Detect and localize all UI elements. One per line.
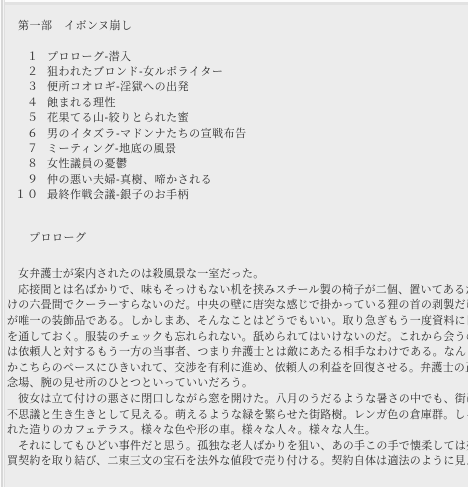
toc-chapter-title: ミーティング-地底の風景 [47, 143, 177, 155]
toc-row: ６男のイタズラ-マドンナたちの宣戦布告 [7, 127, 468, 142]
toc-chapter-title: 男のイタズラ-マドンナたちの宣戦布告 [47, 128, 247, 140]
body-line: かこちらのペースにひきいれて、交渉を有利に進め、依頼人の利益を回復させる。弁護士… [7, 361, 468, 377]
toc-row: ７ミーティング-地底の風景 [7, 142, 468, 157]
toc-chapter-number: ２ [7, 65, 39, 80]
toc-chapter-title: 花果てる山-絞りとられた蜜 [47, 112, 189, 124]
toc-row: ５花果てる山-絞りとられた蜜 [7, 111, 468, 126]
toc-chapter-title: プロローグ-潜入 [47, 51, 132, 63]
toc-chapter-title: 蝕まれる理性 [47, 97, 116, 109]
toc-chapter-number: １ [7, 50, 39, 65]
body-line: は依頼人と対するもう一方の当事者、つまり弁護士とは敵にあたる相手なわけである。な… [7, 345, 468, 361]
toc-row: ４蝕まれる理性 [7, 96, 468, 111]
body-line: それにしてもひどい事件だと思う。孤独な老人ばかりを狙い、あの手この手で懐柔しては… [7, 439, 468, 455]
body-line: 彼女は立て付けの悪さに閉口しながら窓を開けた。八月のうだるような暑さの中でも、街… [7, 392, 468, 408]
toc-chapter-number: ８ [7, 157, 39, 172]
toc-row: ３便所コオロギ-淫獄への出発 [7, 80, 468, 95]
table-of-contents: １プロローグ-潜入２狙われたブロンド-女ルポライター３便所コオロギ-淫獄への出発… [7, 50, 468, 204]
toc-chapter-number: ３ [7, 80, 39, 95]
toc-chapter-number: １０ [7, 188, 39, 203]
toc-chapter-number: ９ [7, 173, 39, 188]
body-line: 応接間とは名ばかりで、味もそっけもない机を挟みスチール製の椅子が二個、置いてある… [7, 283, 468, 299]
section-heading: プロローグ [7, 231, 468, 247]
body-line: 不思議と生き生きとして見える。萌えるような緑を繁らせた街路樹。レンガ色の倉庫群。… [7, 408, 468, 424]
toc-chapter-title: 最終作戦会議-銀子のお手柄 [47, 189, 189, 201]
body-text: 女弁護士が案内されたのは殺風景な一室だった。応接間とは名ばかりで、味もそっけもな… [7, 267, 468, 470]
part-title: 第一部 イボンヌ崩し [7, 19, 468, 35]
toc-row: ９仲の悪い夫婦-真樹、啼かされる [7, 173, 468, 188]
toc-row: １０最終作戦会議-銀子のお手柄 [7, 188, 468, 203]
body-line: れた造りのカフェテラス。様々な色や形の車。様々な人々。様々な人生。 [7, 423, 468, 439]
body-line: を通しておく。服装のチェックも忘れられない。舐められてはいけないのだ。これから会… [7, 330, 468, 346]
document-page: { "page": { "part_title": "第一部 イボンヌ崩し", … [0, 0, 468, 487]
toc-chapter-title: 女性議員の憂鬱 [47, 158, 128, 170]
body-line: 買契約を取り結び、二束三文の宝石を法外な値段で売り付ける。契約自体は適法のように… [7, 454, 468, 470]
toc-chapter-title: 狙われたブロンド-女ルポライター [47, 66, 223, 78]
toc-chapter-title: 便所コオロギ-淫獄への出発 [47, 81, 189, 93]
toc-row: ８女性議員の憂鬱 [7, 157, 468, 172]
toc-chapter-title: 仲の悪い夫婦-真樹、啼かされる [47, 174, 212, 186]
document-content: 第一部 イボンヌ崩し １プロローグ-潜入２狙われたブロンド-女ルポライター３便所… [5, 5, 468, 487]
body-line: 女弁護士が案内されたのは殺風景な一室だった。 [7, 267, 468, 283]
toc-chapter-number: ５ [7, 111, 39, 126]
body-line: が唯一の装飾品である。しかしまあ、そんなことはどうでもいい。取り急ぎもう一度資料… [7, 314, 468, 330]
toc-chapter-number: ７ [7, 142, 39, 157]
body-line: 念場、腕の見せ所のひとつといっていいだろう。 [7, 376, 468, 392]
toc-chapter-number: ６ [7, 127, 39, 142]
toc-row: ２狙われたブロンド-女ルポライター [7, 65, 468, 80]
toc-row: １プロローグ-潜入 [7, 50, 468, 65]
body-line: けの六畳間でクーラーすらないのだ。中央の壁に唐突な感じで掛かっている狸の首の剥製… [7, 298, 468, 314]
toc-chapter-number: ４ [7, 96, 39, 111]
